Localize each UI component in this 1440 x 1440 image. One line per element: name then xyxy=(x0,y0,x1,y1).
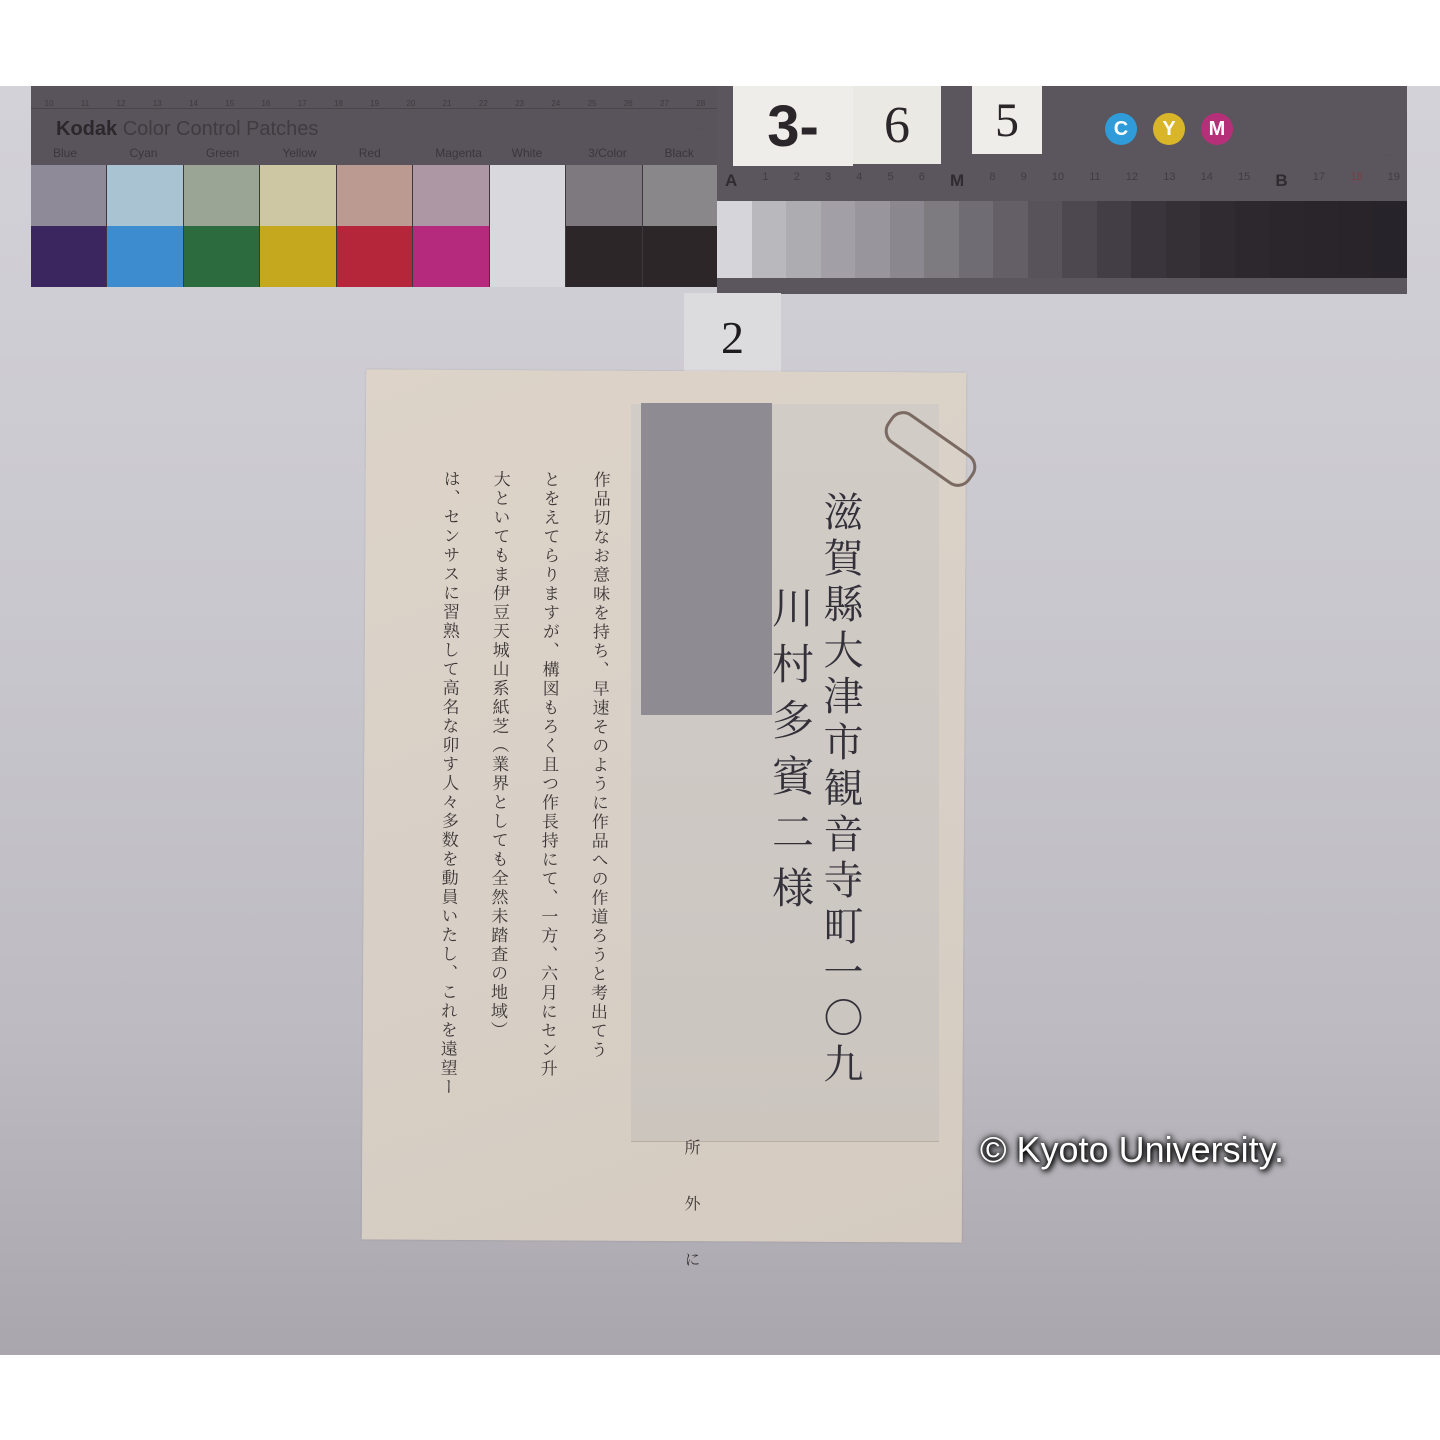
scale-tick: 1 xyxy=(762,171,768,191)
patch-label: Blue xyxy=(31,146,107,160)
patch-label: Magenta xyxy=(413,146,489,160)
ruler-tick: 26 xyxy=(624,99,633,108)
color-patch xyxy=(566,226,642,287)
scale-tick: 10 xyxy=(1052,171,1064,191)
cym-dot-c: C xyxy=(1105,113,1137,145)
patch-label: White xyxy=(490,146,566,160)
color-patch xyxy=(337,226,413,287)
gray-step xyxy=(717,201,752,278)
ruler-tick: 12 xyxy=(117,99,126,108)
gray-step xyxy=(1304,201,1339,278)
scale-tick: 18 xyxy=(1350,171,1362,191)
color-patch xyxy=(31,165,107,226)
color-patch xyxy=(643,226,719,287)
scale-tick: 8 xyxy=(989,171,995,191)
color-patch xyxy=(413,165,489,226)
ruler-tick: 10 xyxy=(45,99,54,108)
color-patch xyxy=(260,226,336,287)
gray-step xyxy=(1338,201,1373,278)
patch-label: Red xyxy=(337,146,413,160)
ruler-tick: 13 xyxy=(153,99,162,108)
ruler-tick: 15 xyxy=(225,99,234,108)
gray-step xyxy=(786,201,821,278)
kodak-logo: Kodak xyxy=(56,118,117,140)
letter-handwriting: 宝は「動物画家と特殊画家」の構図16作の題目がら遅ろうとさるの作品切なお意味を持… xyxy=(412,470,666,1171)
ruler-tick: 11 xyxy=(81,99,89,108)
item-number-tag: 2 xyxy=(684,293,781,381)
gray-step xyxy=(959,201,994,278)
ruler-tick: 14 xyxy=(189,99,198,108)
scale-tick: 15 xyxy=(1238,171,1250,191)
gray-step xyxy=(821,201,856,278)
scale-tick: B xyxy=(1275,171,1287,191)
scale-tick: 17 xyxy=(1313,171,1325,191)
scale-tick: M xyxy=(950,171,964,191)
color-patch xyxy=(490,165,566,287)
scale-tick: 14 xyxy=(1201,171,1213,191)
patch-labels: BlueCyanGreenYellowRedMagentaWhite3/Colo… xyxy=(31,146,719,160)
patch-label: Yellow xyxy=(260,146,336,160)
patch-label: Green xyxy=(184,146,260,160)
letter-column: 大といてもま伊豆天城山系紙芝（業界としても全然未踏査の地域） xyxy=(480,470,516,1170)
color-patch xyxy=(566,165,642,226)
patch-label: Cyan xyxy=(107,146,183,160)
scale-tick: 4 xyxy=(856,171,862,191)
ruler-tick: 18 xyxy=(334,99,343,108)
gray-step xyxy=(890,201,925,278)
gray-step xyxy=(1131,201,1166,278)
gray-step xyxy=(1097,201,1132,278)
gray-step xyxy=(993,201,1028,278)
color-patch xyxy=(184,165,260,226)
gray-step xyxy=(1062,201,1097,278)
scale-tick: 3 xyxy=(825,171,831,191)
kodak-brand: Kodak Color Control Patches xyxy=(56,118,318,141)
color-patch xyxy=(260,165,336,226)
envelope-address: 滋賀縣大津市観音寺町一〇九 xyxy=(812,491,869,1089)
letter-trailing-char: に xyxy=(680,1251,703,1267)
gray-step xyxy=(1166,201,1201,278)
ruler-tick: 23 xyxy=(515,99,524,108)
letter-trailing-char: 所 xyxy=(680,1139,703,1155)
cym-dot-y: Y xyxy=(1153,113,1185,145)
ruler-tick: 19 xyxy=(370,99,379,108)
scale-tick: 5 xyxy=(887,171,893,191)
scale-tick: 12 xyxy=(1126,171,1138,191)
scale-tick: 2 xyxy=(794,171,800,191)
color-patches xyxy=(31,165,719,287)
letter-trailing-text: 所外に xyxy=(680,1139,703,1267)
color-patch xyxy=(107,226,183,287)
gray-step xyxy=(924,201,959,278)
letter-column: 作品切なお意味を持ち、早速そのように作品への作道ろうと考出てう xyxy=(580,471,616,1171)
archive-tag-series: 3- xyxy=(733,86,853,166)
ruler-tick: 20 xyxy=(406,99,415,108)
scale-tick: 11 xyxy=(1089,171,1100,191)
color-patch xyxy=(107,165,183,226)
ruler-tick: 27 xyxy=(660,99,669,108)
kodak-fineprint: ····· xyxy=(693,126,705,133)
scale-tick: 13 xyxy=(1163,171,1175,191)
scale-tick: 9 xyxy=(1021,171,1027,191)
gray-step xyxy=(1235,201,1270,278)
kodak-ruler: 10111213141516171819202122232425262728 xyxy=(31,86,719,109)
grayscale-strip: 3- 6 5 CYM ····· A123456M89101112131415B… xyxy=(717,86,1407,294)
letter-column: は、センサスに習熟して高名な卯す人々多数を動員いたし、これを遠望ー xyxy=(430,470,466,1170)
scale-tick: 19 xyxy=(1388,171,1400,191)
color-patch xyxy=(184,226,260,287)
ruler-tick: 21 xyxy=(443,99,452,108)
grayscale-scale: A123456M89101112131415B171819 xyxy=(725,171,1400,191)
patch-label: Black xyxy=(643,146,719,160)
color-patch xyxy=(337,165,413,226)
letter-column: とをえてらりますが、構図もろく且つ作長持にて、一方、六月にセン升 xyxy=(530,470,566,1170)
grayscale-steps xyxy=(717,201,1407,278)
letter-trailing-char: 外 xyxy=(680,1195,703,1211)
cym-dots: CYM xyxy=(1105,113,1233,145)
ruler-tick: 22 xyxy=(479,99,488,108)
gray-fineprint: ····· xyxy=(1379,152,1391,159)
ruler-tick: 28 xyxy=(696,99,705,108)
color-patch xyxy=(413,226,489,287)
scale-tick: 6 xyxy=(919,171,925,191)
envelope-recipient: 川村多賓二様 xyxy=(760,586,820,922)
kodak-title: Color Control Patches xyxy=(123,118,319,140)
archive-tag-folder: 6 xyxy=(853,86,941,164)
copyright-watermark: © Kyoto University. xyxy=(980,1129,1284,1171)
document-photo: 10111213141516171819202122232425262728 K… xyxy=(0,86,1440,1355)
cym-dot-m: M xyxy=(1201,113,1233,145)
gray-step xyxy=(1200,201,1235,278)
ruler-tick: 16 xyxy=(261,99,270,108)
redaction-block xyxy=(641,403,772,715)
archive-tag-item: 5 xyxy=(972,86,1042,154)
ruler-tick: 17 xyxy=(298,99,307,108)
gray-step xyxy=(855,201,890,278)
scale-tick: A xyxy=(725,171,737,191)
color-patch xyxy=(31,226,107,287)
color-patch xyxy=(643,165,719,226)
gray-step xyxy=(752,201,787,278)
patch-label: 3/Color xyxy=(566,146,642,160)
kodak-color-control-strip: 10111213141516171819202122232425262728 K… xyxy=(31,86,719,287)
gray-step xyxy=(1373,201,1408,278)
ruler-tick: 24 xyxy=(551,99,560,108)
gray-step xyxy=(1269,201,1304,278)
ruler-tick: 25 xyxy=(588,99,597,108)
gray-step xyxy=(1028,201,1063,278)
